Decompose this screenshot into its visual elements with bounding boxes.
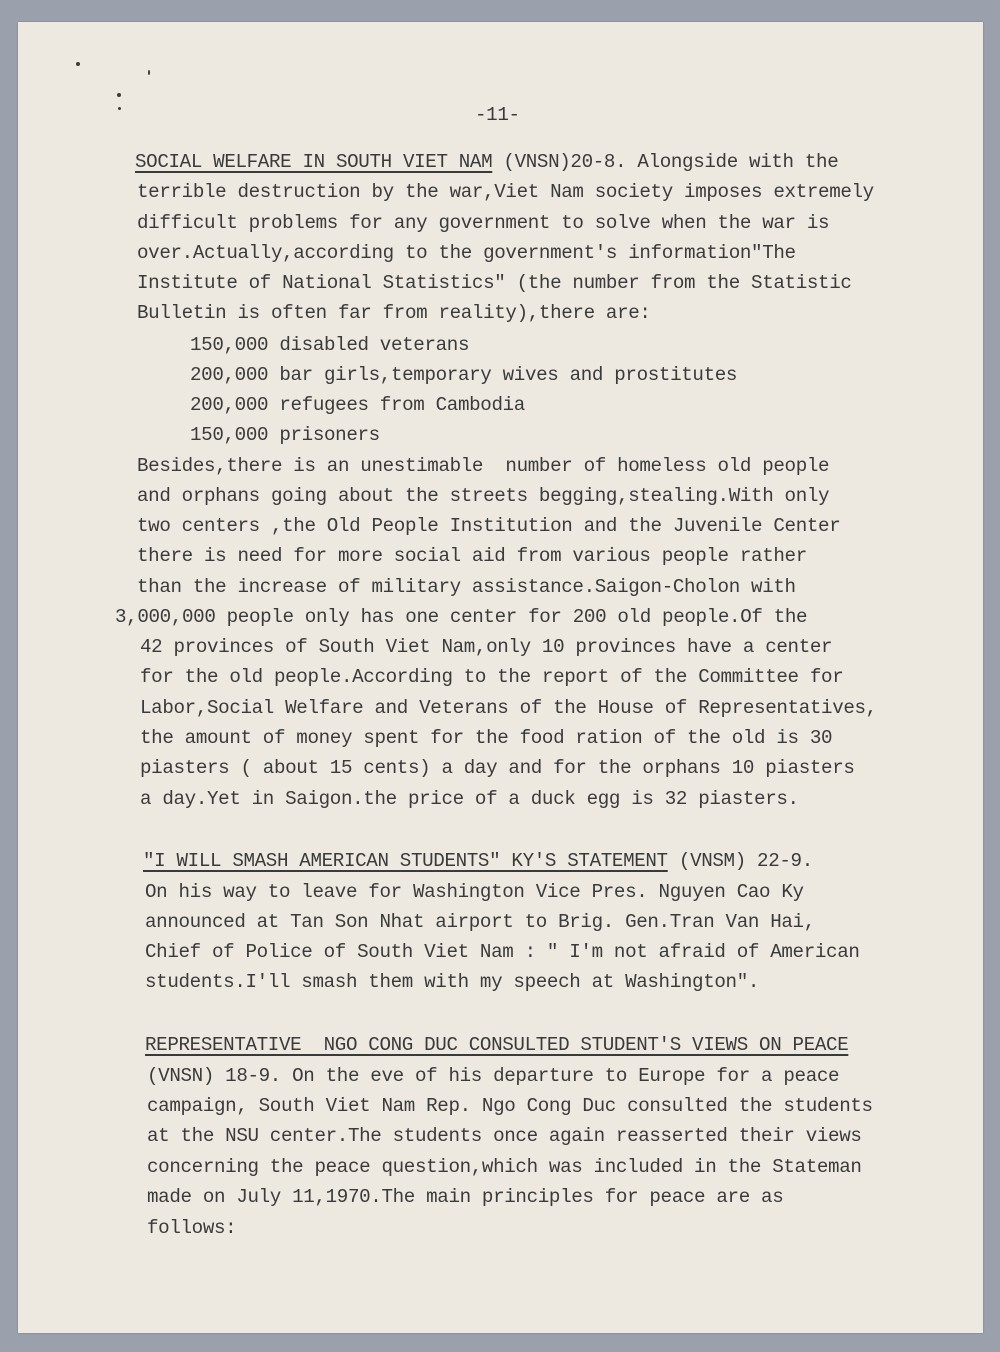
article-3-line: made on July 11,1970.The main principles… xyxy=(147,1182,783,1212)
article-1-title: SOCIAL WELFARE IN SOUTH VIET NAM xyxy=(135,151,492,173)
article-2-title: "I WILL SMASH AMERICAN STUDENTS" KY'S ST… xyxy=(143,850,668,872)
article-1-line: over.Actually,according to the governmen… xyxy=(137,238,796,268)
article-3-line: at the NSU center.The students once agai… xyxy=(147,1121,862,1151)
stat-count: 200,000 xyxy=(190,394,268,416)
stat-label: bar girls,temporary wives and prostitute… xyxy=(279,364,737,386)
article-3-title: REPRESENTATIVE NGO CONG DUC CONSULTED ST… xyxy=(145,1034,848,1056)
article-2-line: Chief of Police of South Viet Nam : " I'… xyxy=(145,937,860,967)
article-2-headline: "I WILL SMASH AMERICAN STUDENTS" KY'S ST… xyxy=(143,846,813,876)
article-1-line: 42 provinces of South Viet Nam,only 10 p… xyxy=(140,632,832,662)
stat-label: prisoners xyxy=(279,424,379,446)
article-1-line: Institute of National Statistics" (the n… xyxy=(137,268,852,298)
article-1-line: a day.Yet in Saigon.the price of a duck … xyxy=(140,784,799,814)
page-number: -11- xyxy=(475,100,520,130)
article-1-line: and orphans going about the streets begg… xyxy=(137,481,829,511)
article-1-line: Labor,Social Welfare and Veterans of the… xyxy=(140,693,877,723)
article-1-line: Besides,there is an unestimable number o… xyxy=(137,451,829,481)
article-1-line: 3,000,000 people only has one center for… xyxy=(115,602,807,632)
stat-count: 200,000 xyxy=(190,364,268,386)
article-3-headline: REPRESENTATIVE NGO CONG DUC CONSULTED ST… xyxy=(145,1030,848,1060)
article-1-line: for the old people.According to the repo… xyxy=(140,662,843,692)
article-3-line: follows: xyxy=(147,1213,236,1243)
article-1-line: terrible destruction by the war,Viet Nam… xyxy=(137,177,874,207)
article-2-line: announced at Tan Son Nhat airport to Bri… xyxy=(145,907,815,937)
stat-row: 200,000 bar girls,temporary wives and pr… xyxy=(190,360,737,390)
article-2-line: On his way to leave for Washington Vice … xyxy=(145,877,804,907)
stat-count: 150,000 xyxy=(190,334,268,356)
article-1-line: Bulletin is often far from reality),ther… xyxy=(137,298,651,328)
article-1-line: two centers ,the Old People Institution … xyxy=(137,511,840,541)
article-3-line: (VNSN) 18-9. On the eve of his departure… xyxy=(147,1061,839,1091)
article-3-line: campaign, South Viet Nam Rep. Ngo Cong D… xyxy=(147,1091,873,1121)
article-1-line: piasters ( about 15 cents) a day and for… xyxy=(140,753,855,783)
ink-speck xyxy=(118,107,121,110)
article-1-line: the amount of money spent for the food r… xyxy=(140,723,832,753)
ink-speck xyxy=(148,70,150,75)
article-1-line: there is need for more social aid from v… xyxy=(137,541,807,571)
article-2-dateline: (VNSM) 22-9. xyxy=(668,850,813,872)
article-1-line: difficult problems for any government to… xyxy=(137,208,829,238)
stat-label: disabled veterans xyxy=(279,334,469,356)
article-1-dateline: (VNSN)20-8. Alongside with the xyxy=(492,151,838,173)
article-1-line: than the increase of military assistance… xyxy=(137,572,796,602)
article-2-line: students.I'll smash them with my speech … xyxy=(145,967,759,997)
ink-speck xyxy=(76,62,80,66)
stat-row: 200,000 refugees from Cambodia xyxy=(190,390,525,420)
ink-speck xyxy=(117,93,121,97)
stat-count: 150,000 xyxy=(190,424,268,446)
article-3-line: concerning the peace question,which was … xyxy=(147,1152,862,1182)
stat-label: refugees from Cambodia xyxy=(279,394,525,416)
stat-row: 150,000 prisoners xyxy=(190,420,380,450)
stat-row: 150,000 disabled veterans xyxy=(190,330,469,360)
article-1-headline: SOCIAL WELFARE IN SOUTH VIET NAM (VNSN)2… xyxy=(135,147,838,177)
